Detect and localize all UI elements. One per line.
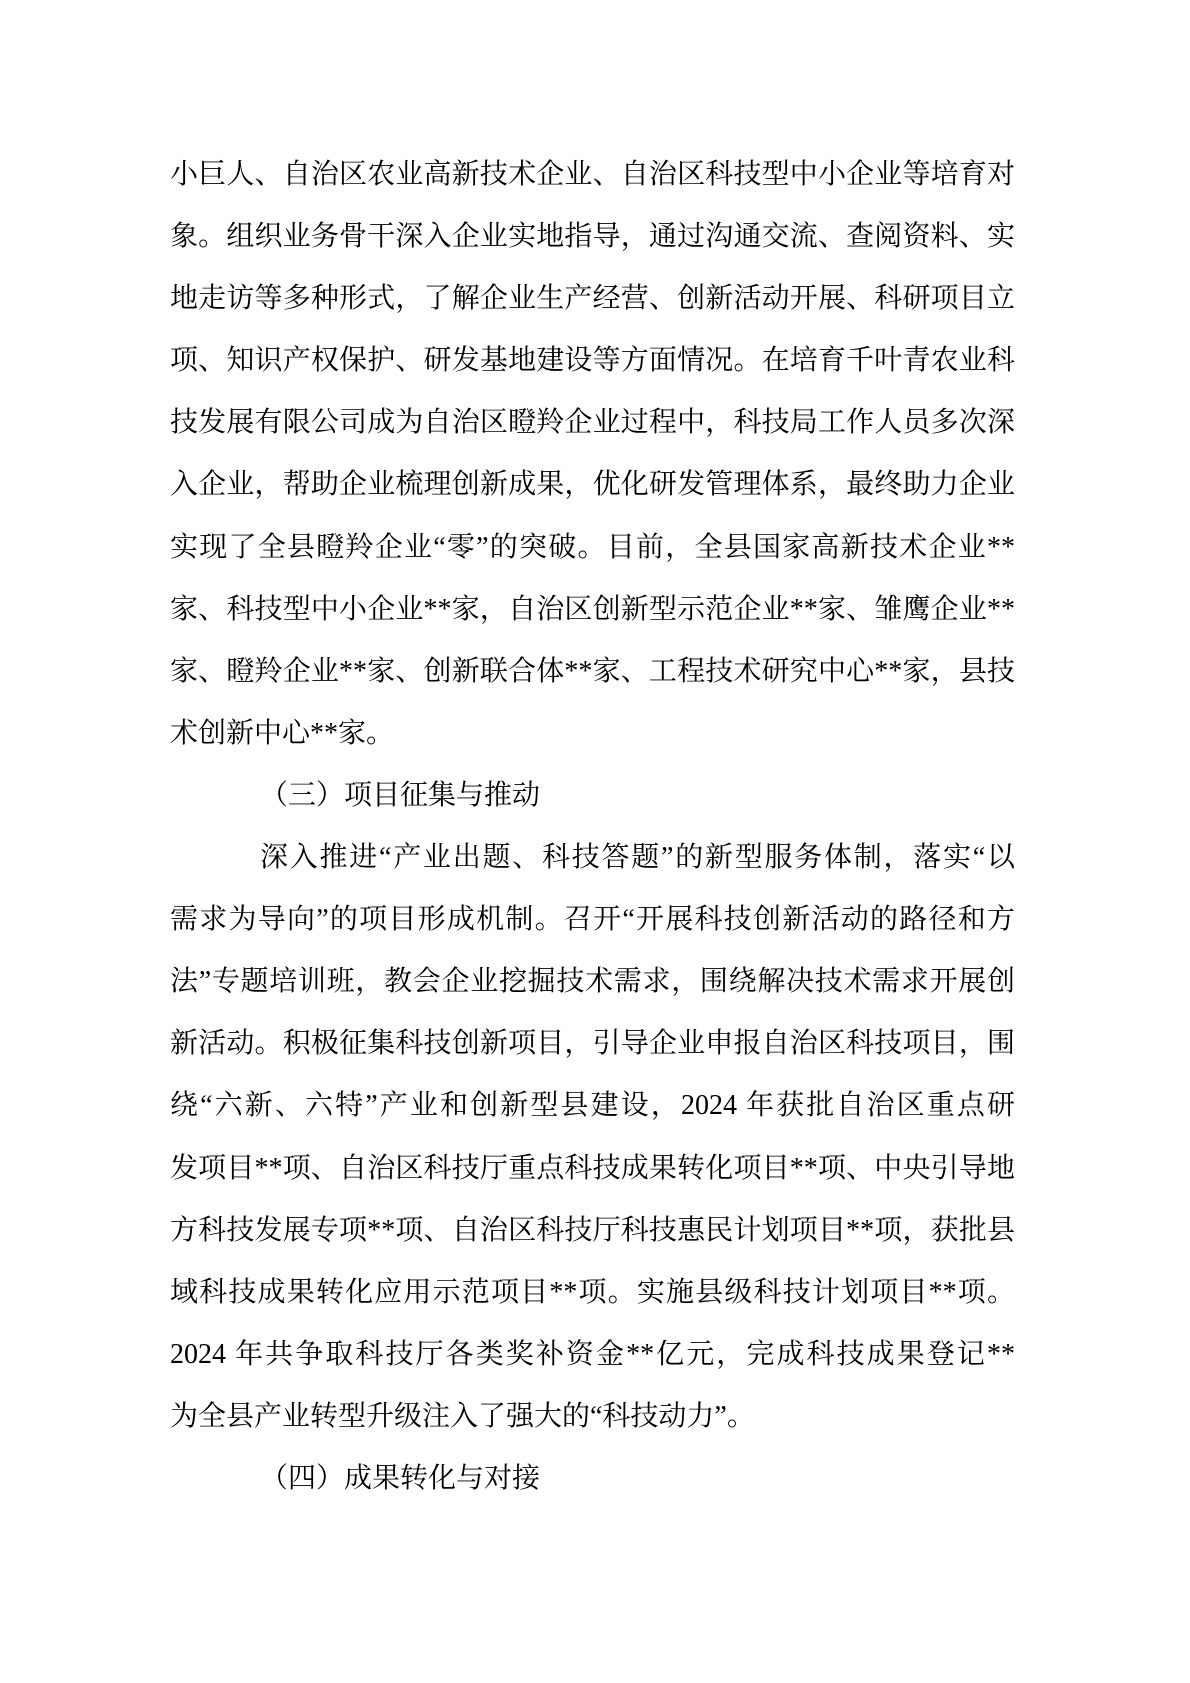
text-line: 技发展有限公司成为自治区瞪羚企业过程中，科技局工作人员多次深 — [170, 392, 1015, 454]
text-line: 2024 年共争取科技厅各类奖补资金**亿元，完成科技成果登记**项， — [170, 1324, 1015, 1386]
text-line: 法”专题培训班，教会企业挖掘技术需求，围绕解决技术需求开展创 — [170, 951, 1015, 1013]
text-line: 需求为导向”的项目形成机制。召开“开展科技创新活动的路径和方 — [170, 889, 1015, 951]
text-line: 家、科技型中小企业**家，自治区创新型示范企业**家、雏鹰企业** — [170, 579, 1015, 641]
text-line: 方科技发展专项**项、自治区科技厅科技惠民计划项目**项，获批县 — [170, 1200, 1015, 1262]
section-heading: （四）成果转化与对接 — [170, 1448, 1015, 1510]
text-line: 象。组织业务骨干深入企业实地指导，通过沟通交流、查阅资料、实 — [170, 206, 1015, 268]
text-line: 深入推进“产业出题、科技答题”的新型服务体制，落实“以 — [170, 827, 1015, 889]
text-line: 地走访等多种形式，了解企业生产经营、创新活动开展、科研项目立 — [170, 268, 1015, 330]
document-page: 小巨人、自治区农业高新技术企业、自治区科技型中小企业等培育对象。组织业务骨干深入… — [0, 0, 1190, 1683]
text-line: 实现了全县瞪羚企业“零”的突破。目前，全县国家高新技术企业** — [170, 517, 1015, 579]
text-line: 入企业，帮助企业梳理创新成果，优化研发管理体系，最终助力企业 — [170, 454, 1015, 516]
text-line: 域科技成果转化应用示范项目**项。实施县级科技计划项目**项。 — [170, 1262, 1015, 1324]
text-line: 项、知识产权保护、研发基地建设等方面情况。在培育千叶青农业科 — [170, 330, 1015, 392]
text-line: 绕“六新、六特”产业和创新型县建设，2024 年获批自治区重点研 — [170, 1075, 1015, 1137]
text-line: 术创新中心**家。 — [170, 703, 1015, 765]
text-line: 新活动。积极征集科技创新项目，引导企业申报自治区科技项目，围 — [170, 1013, 1015, 1075]
text-line: 家、瞪羚企业**家、创新联合体**家、工程技术研究中心**家，县技 — [170, 641, 1015, 703]
document-content: 小巨人、自治区农业高新技术企业、自治区科技型中小企业等培育对象。组织业务骨干深入… — [170, 144, 1015, 1510]
section-heading: （三）项目征集与推动 — [170, 765, 1015, 827]
text-line: 发项目**项、自治区科技厅重点科技成果转化项目**项、中央引导地 — [170, 1138, 1015, 1200]
text-line: 为全县产业转型升级注入了强大的“科技动力”。 — [170, 1386, 1015, 1448]
text-line: 小巨人、自治区农业高新技术企业、自治区科技型中小企业等培育对 — [170, 144, 1015, 206]
